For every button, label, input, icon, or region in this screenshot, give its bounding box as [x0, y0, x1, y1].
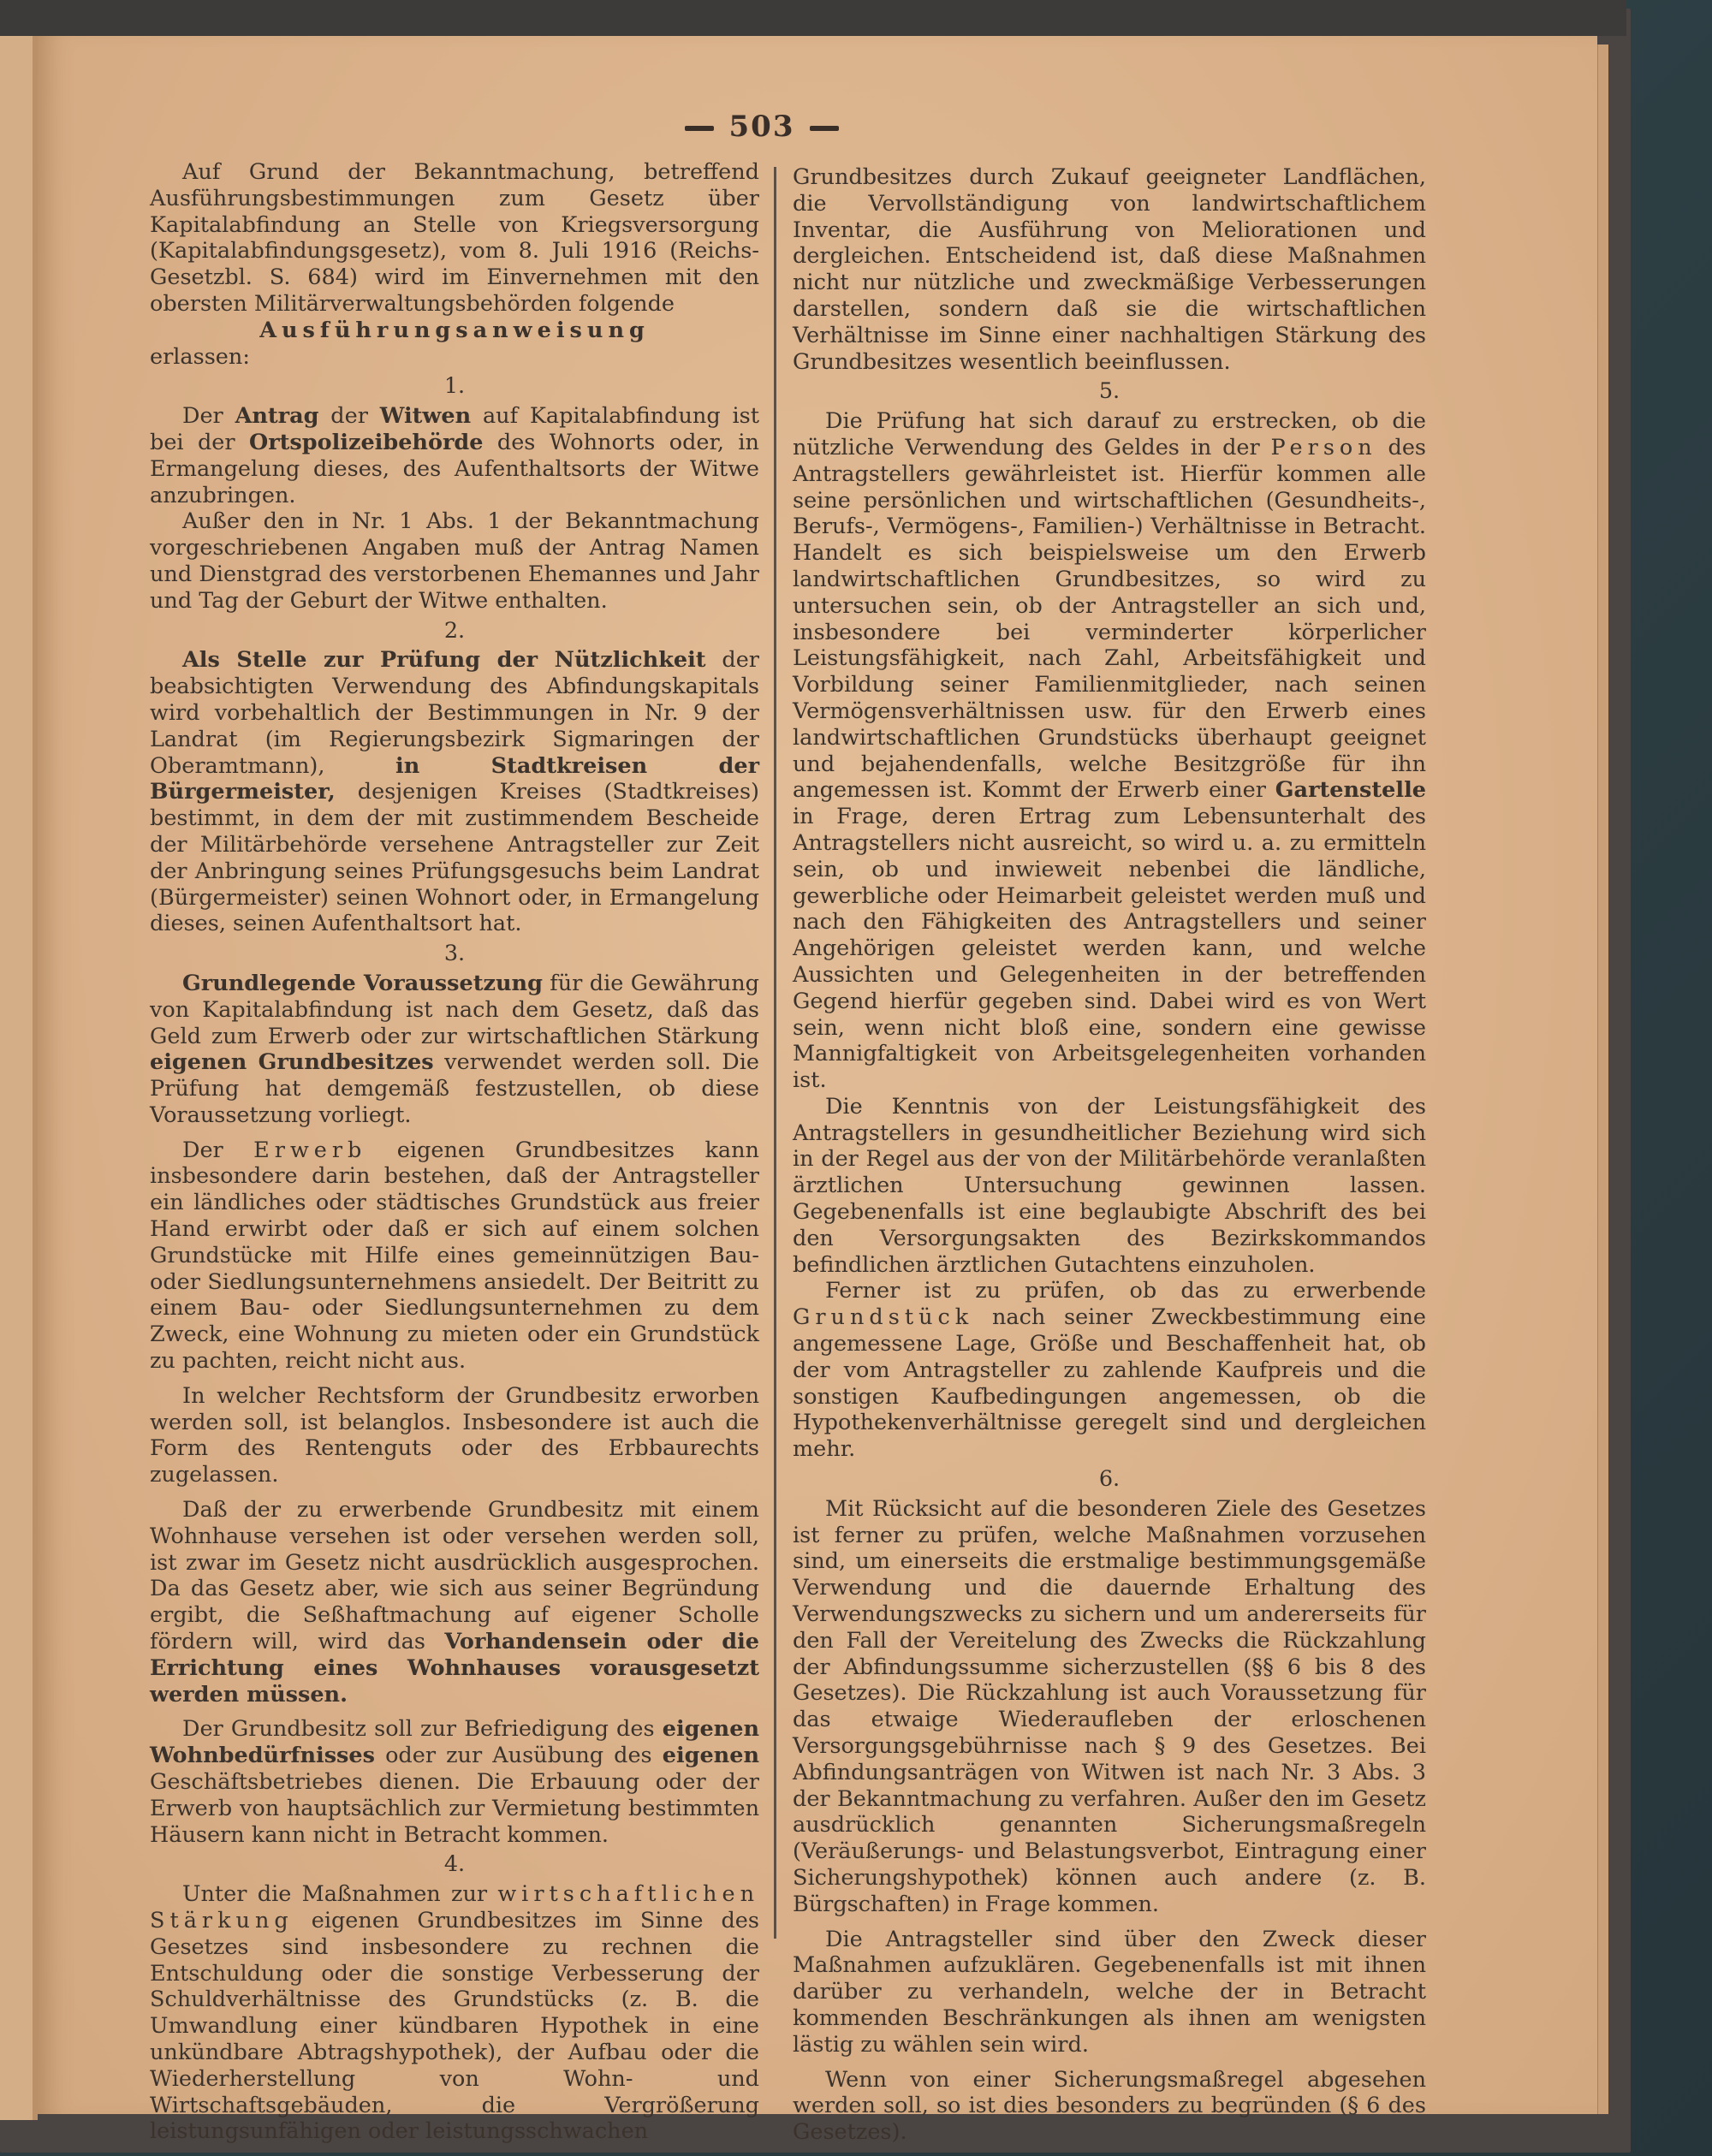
- section-number: 3.: [150, 941, 759, 967]
- paragraph: Wenn von einer Sicherungsmaßregel abgese…: [793, 2067, 1426, 2146]
- previous-page-edge: [0, 36, 38, 2120]
- paragraph: Der Antrag der Witwen auf Kapitalabfindu…: [150, 403, 759, 508]
- paragraph: Der Grundbesitz soll zur Befriedigung de…: [150, 1716, 759, 1848]
- binding-top-band: [0, 0, 1626, 36]
- page-number-header: 503: [659, 110, 865, 144]
- page-number: 503: [729, 110, 795, 144]
- paragraph: In welcher Rechtsform der Grundbesitz er…: [150, 1383, 759, 1488]
- paragraph: Die Prüfung hat sich darauf zu erstrecke…: [793, 408, 1426, 1094]
- page-stack-edge: [1597, 45, 1608, 2114]
- paragraph: Als Stelle zur Prüfung der Nützlichkeit …: [150, 647, 759, 937]
- paragraph: Daß der zu erwerbende Grundbesitz mit ei…: [150, 1497, 759, 1708]
- paragraph: Der Erwerb eigenen Grundbesitzes kann in…: [150, 1137, 759, 1375]
- paragraph: Die Antragsteller sind über den Zweck di…: [793, 1927, 1426, 2058]
- left-dash: [685, 126, 714, 131]
- paragraph: Ferner ist zu prüfen, ob das zu erwerben…: [793, 1278, 1426, 1463]
- paragraph: Die Kenntnis von der Leistungsfähigkeit …: [793, 1094, 1426, 1279]
- column-divider: [774, 167, 776, 1939]
- section-number: 1.: [150, 373, 759, 400]
- section-number: 2.: [150, 618, 759, 644]
- section-number: 6.: [793, 1466, 1426, 1493]
- paragraph: Mit Rücksicht auf die besonderen Ziele d…: [793, 1496, 1426, 1918]
- section-number: 5.: [793, 378, 1426, 405]
- paragraph: Grundlegende Voraussetzung für die Gewäh…: [150, 971, 759, 1129]
- continuation-paragraph: Grundbesitzes durch Zukauf geeigneter La…: [793, 164, 1426, 375]
- right-column: Grundbesitzes durch Zukauf geeigneter La…: [793, 164, 1426, 2146]
- document-heading: Ausführungsanweisung: [150, 318, 759, 344]
- intro-paragraph: Auf Grund der Bekanntmachung, betreffend…: [150, 159, 759, 318]
- paragraph: Unter die Maßnahmen zur wirtschaftlichen…: [150, 1881, 759, 2145]
- right-dash: [810, 126, 839, 131]
- erlassen-line: erlassen:: [150, 344, 759, 371]
- section-number: 4.: [150, 1851, 759, 1878]
- left-column: Auf Grund der Bekanntmachung, betreffend…: [150, 159, 759, 2145]
- paragraph: Außer den in Nr. 1 Abs. 1 der Bekanntmac…: [150, 508, 759, 614]
